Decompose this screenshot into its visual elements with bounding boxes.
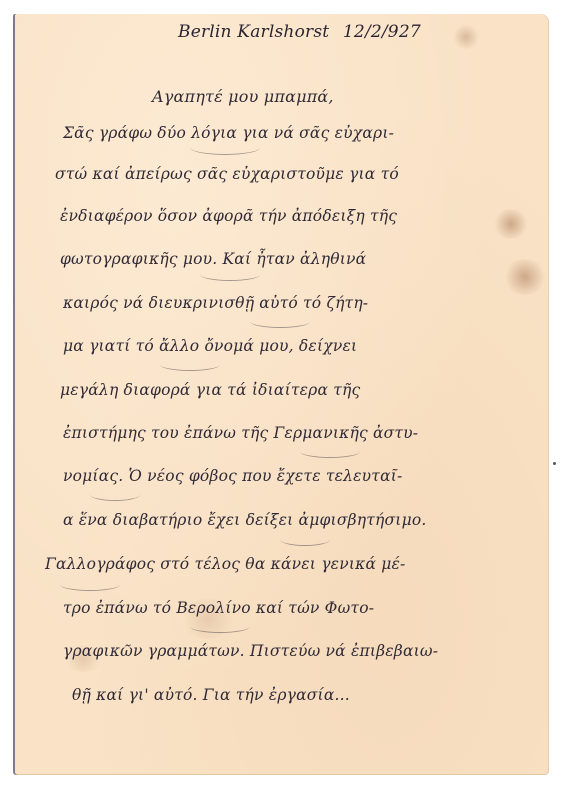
letter-line: Γαλλογράφος στό τέλος θα κάνει γενικά μέ… (45, 555, 405, 573)
ink-stain (453, 24, 479, 50)
pen-flourish (200, 268, 260, 281)
ink-stain (503, 259, 547, 295)
letter-line: καιρός νά διευκρινισθῇ αὐτό τό ζήτη- (63, 294, 368, 312)
letter-line: φωτογραφικῆς μου. Καί ἦταν ἀληθινά (60, 250, 366, 268)
pen-flourish (190, 620, 250, 633)
pen-flourish (60, 578, 120, 591)
pen-flourish (280, 533, 330, 546)
header-date: 12/2/927 (343, 22, 421, 42)
letter-line: ἐπιστήμης του ἐπάνω τῆς Γερμανικῆς ἀστυ- (63, 424, 418, 442)
pen-flourish (160, 358, 220, 371)
pen-flourish (190, 140, 260, 155)
letter-line: α ἕνα διαβατήριο ἔχει δείξει ἀμφισβητήσι… (63, 511, 427, 529)
letter-header: Berlin Karlshorst 12/2/927 (178, 22, 421, 42)
ink-stain (493, 209, 529, 239)
letter-line: στώ καί ἀπείρως σᾶς εὐχαριστοῦμε για τό (55, 165, 399, 183)
salutation: Αγαπητέ μου μπαμπά, (152, 87, 334, 106)
letter-line: ἐνδιαφέρον ὅσον ἀφορᾶ τήν ἀπόδειξη τῆς (60, 207, 397, 225)
letter-line: τρο ἐπάνω τό Βερολίνο καί τών Φωτο- (63, 599, 374, 617)
header-place: Berlin Karlshorst (178, 22, 329, 42)
ink-speck (553, 462, 556, 465)
pen-flourish (90, 488, 140, 501)
letter-line: νομίας. Ὁ νέος φόβος που ἔχετε τελευταῖ- (63, 467, 402, 485)
pen-flourish (250, 315, 310, 328)
letter-line: μα γιατί τό ἄλλο ὄνομά μου, δείχνει (63, 337, 357, 355)
letter-line: μεγάλη διαφορά για τά ἰδιαίτερα τῆς (60, 381, 360, 399)
pen-flourish (300, 445, 360, 458)
letter-line: γραφικῶν γραμμάτων. Πιστεύω νά ἐπιβεβαιω… (63, 642, 438, 660)
letter-line: θῇ καί γι' αὐτό. Για τήν ἐργασία... (72, 686, 350, 704)
